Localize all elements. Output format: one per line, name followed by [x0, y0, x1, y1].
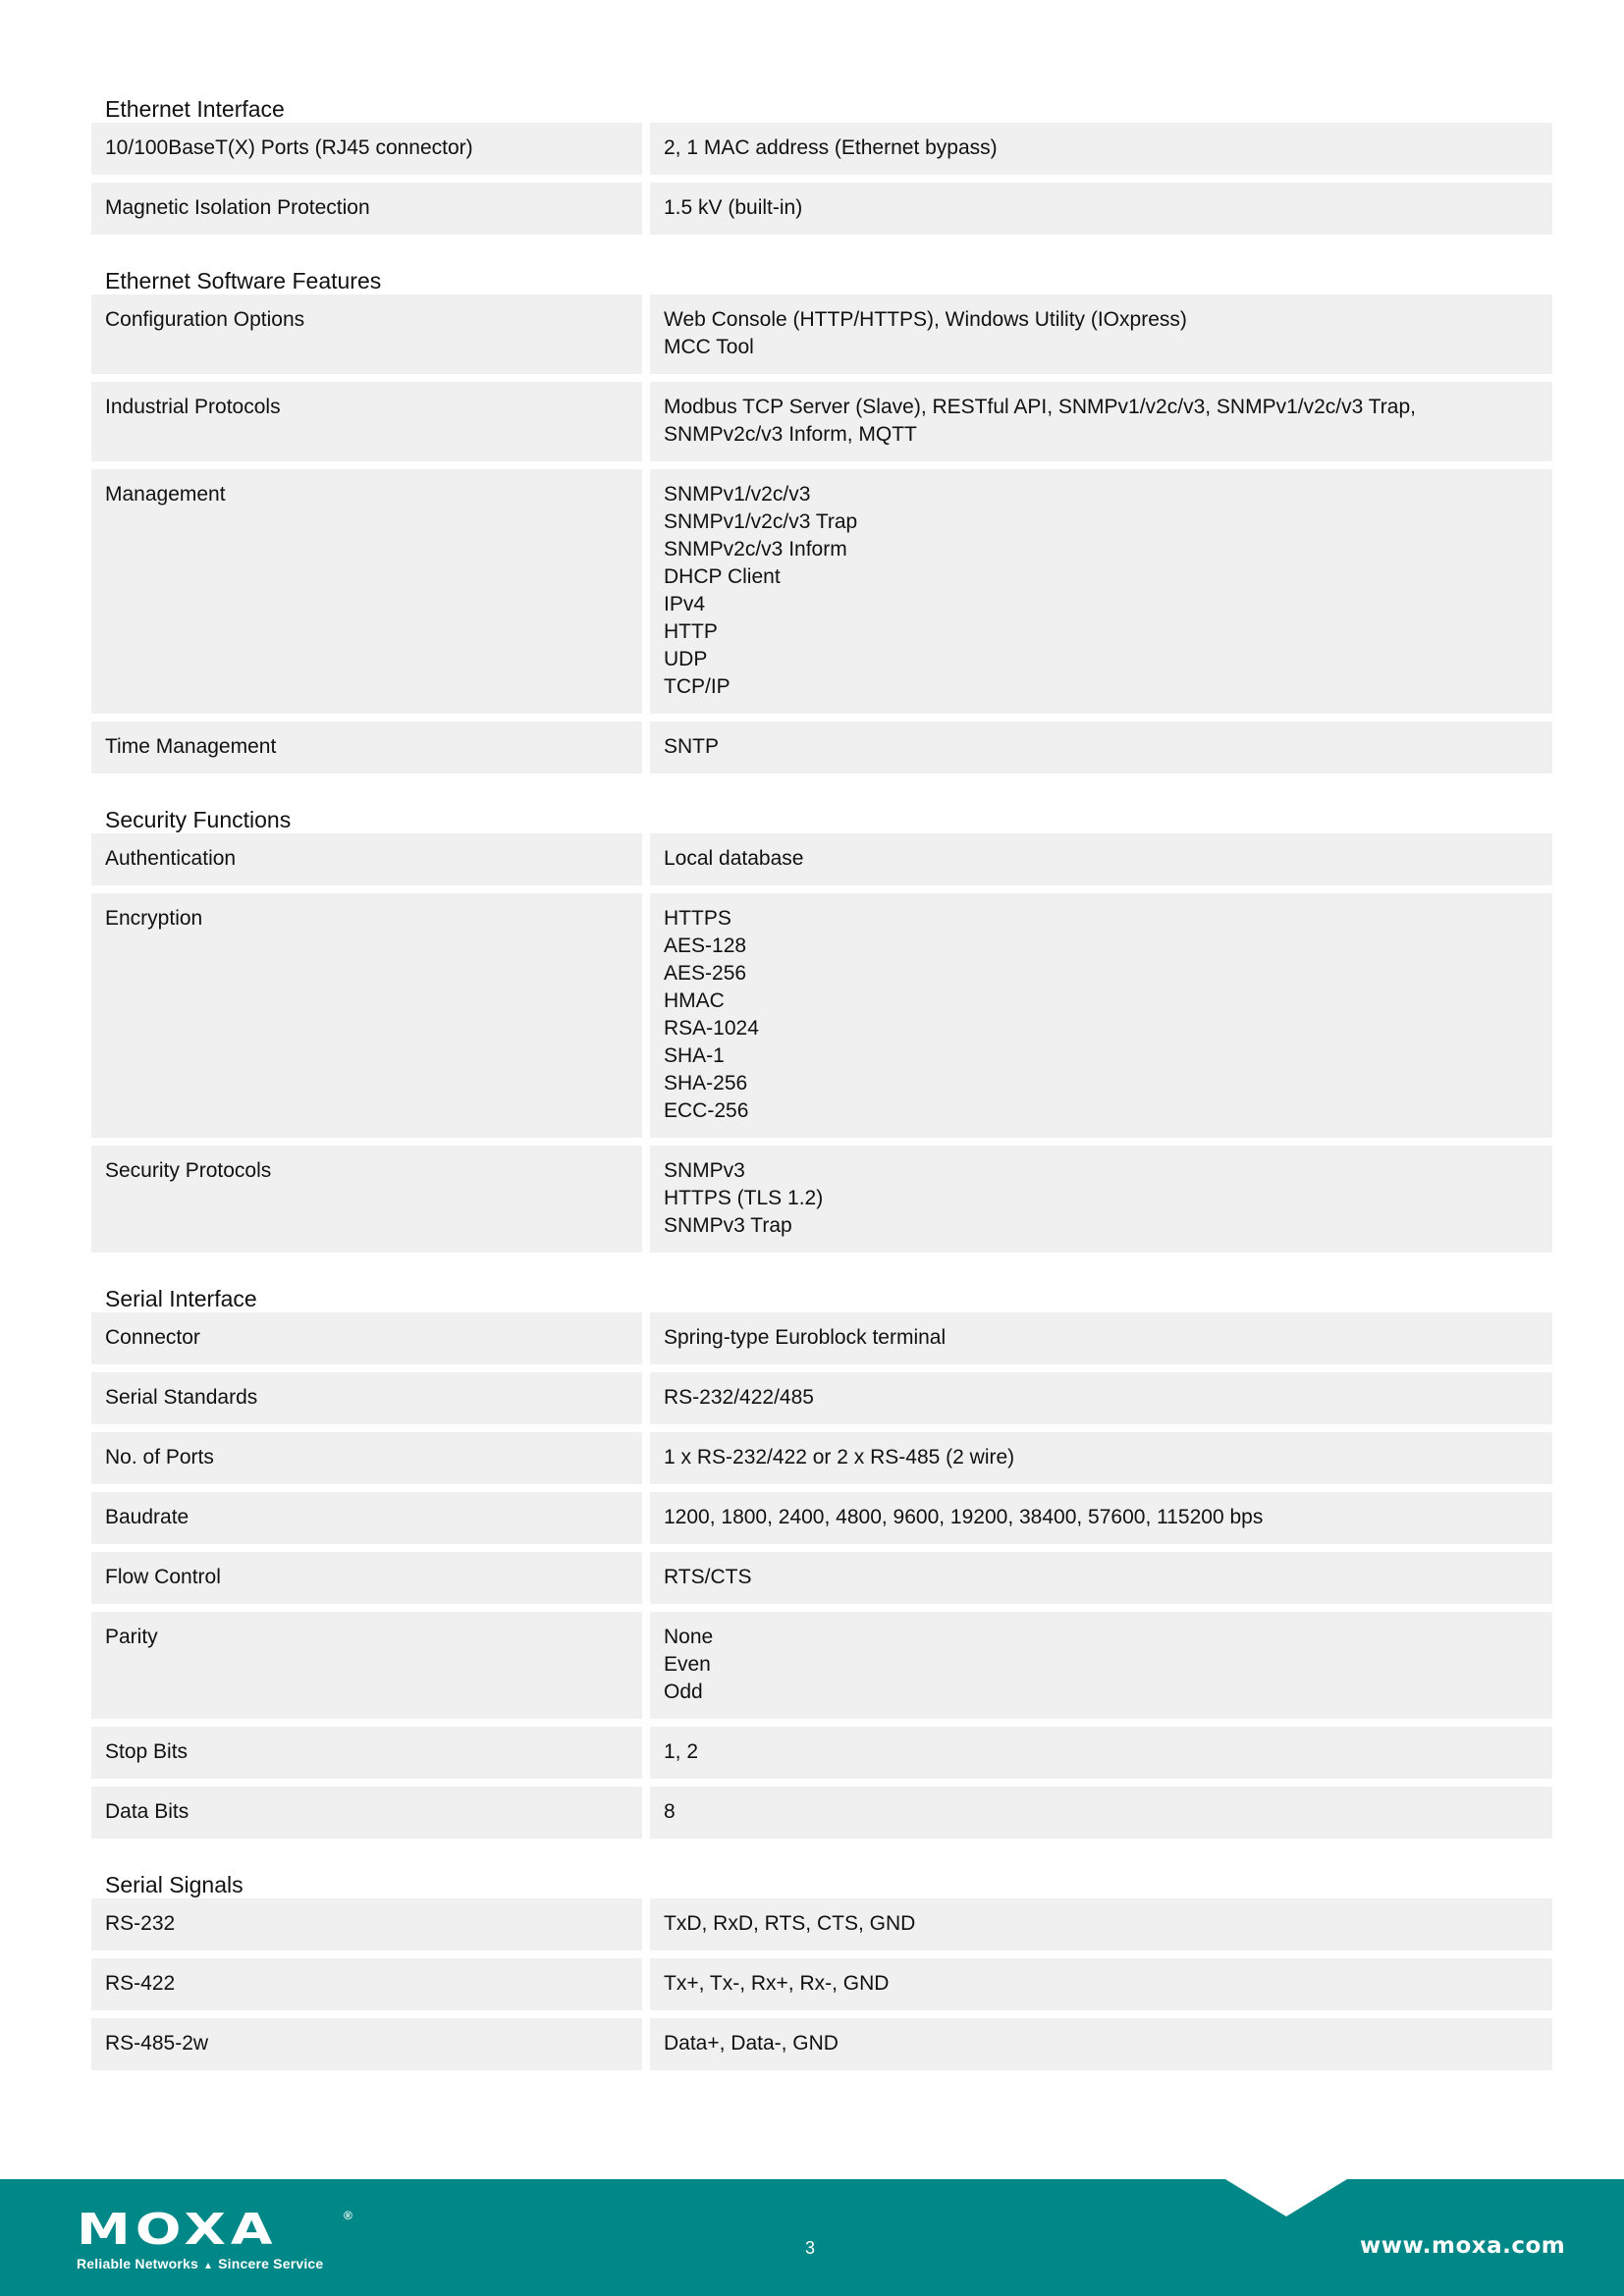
spec-value-line: Modbus TCP Server (Slave), RESTful API, …	[664, 394, 1539, 421]
spec-value: SNMPv3HTTPS (TLS 1.2)SNMPv3 Trap	[650, 1146, 1552, 1253]
spec-label: Security Protocols	[91, 1146, 642, 1253]
spec-value-line: AES-256	[664, 960, 1539, 988]
spec-row: Data Bits8	[91, 1787, 1552, 1839]
spec-value-line: SNMPv3	[664, 1157, 1539, 1185]
spec-value: 1200, 1800, 2400, 4800, 9600, 19200, 384…	[650, 1492, 1552, 1544]
spec-value-line: SNTP	[664, 733, 1539, 761]
spec-row: Stop Bits1, 2	[91, 1727, 1552, 1779]
spec-value: Data+, Data-, GND	[650, 2018, 1552, 2070]
spec-label: Time Management	[91, 721, 642, 774]
spec-value: Spring-type Euroblock terminal	[650, 1312, 1552, 1364]
footer-notch-decoration	[1225, 2179, 1347, 2216]
spec-content: Ethernet Interface10/100BaseT(X) Ports (…	[91, 88, 1552, 2078]
spec-value-line: MCC Tool	[664, 334, 1539, 361]
spec-value: SNTP	[650, 721, 1552, 774]
spec-value-line: None	[664, 1624, 1539, 1651]
spec-value: 1.5 kV (built-in)	[650, 183, 1552, 235]
section-title: Ethernet Interface	[91, 88, 1552, 123]
spec-section: Ethernet Software FeaturesConfiguration …	[91, 244, 1552, 774]
spec-value-line: RSA-1024	[664, 1015, 1539, 1042]
moxa-logo: MOXA ® Reliable Networks▲Sincere Service	[77, 2211, 323, 2271]
spec-value: Modbus TCP Server (Slave), RESTful API, …	[650, 382, 1552, 461]
spec-value: SNMPv1/v2c/v3SNMPv1/v2c/v3 TrapSNMPv2c/v…	[650, 469, 1552, 714]
spec-row: No. of Ports1 x RS-232/422 or 2 x RS-485…	[91, 1432, 1552, 1484]
spec-value-line: Web Console (HTTP/HTTPS), Windows Utilit…	[664, 306, 1539, 334]
spec-label: Industrial Protocols	[91, 382, 642, 461]
spec-value-line: SNMPv3 Trap	[664, 1212, 1539, 1240]
spec-value-line: 1200, 1800, 2400, 4800, 9600, 19200, 384…	[664, 1504, 1539, 1531]
spec-value-line: Data+, Data-, GND	[664, 2030, 1539, 2057]
spec-value-line: DHCP Client	[664, 563, 1539, 591]
spec-value-line: HTTPS	[664, 905, 1539, 933]
spec-value-line: Odd	[664, 1679, 1539, 1706]
tagline-right: Sincere Service	[218, 2256, 323, 2271]
spec-value-line: Local database	[664, 845, 1539, 873]
spec-label: Flow Control	[91, 1552, 642, 1604]
spec-label: RS-232	[91, 1898, 642, 1950]
spec-row: AuthenticationLocal database	[91, 833, 1552, 885]
section-title: Serial Signals	[91, 1848, 1552, 1898]
spec-section: Ethernet Interface10/100BaseT(X) Ports (…	[91, 88, 1552, 235]
spec-value-line: HTTPS (TLS 1.2)	[664, 1185, 1539, 1212]
section-title: Security Functions	[91, 783, 1552, 833]
spec-value: Local database	[650, 833, 1552, 885]
spec-label: Serial Standards	[91, 1372, 642, 1424]
spec-value: 2, 1 MAC address (Ethernet bypass)	[650, 123, 1552, 175]
spec-row: Security ProtocolsSNMPv3HTTPS (TLS 1.2)S…	[91, 1146, 1552, 1253]
spec-row: ConnectorSpring-type Euroblock terminal	[91, 1312, 1552, 1364]
spec-value: HTTPSAES-128AES-256HMACRSA-1024SHA-1SHA-…	[650, 893, 1552, 1138]
spec-label: No. of Ports	[91, 1432, 642, 1484]
spec-label: RS-422	[91, 1958, 642, 2010]
spec-label: Configuration Options	[91, 294, 642, 374]
tagline-left: Reliable Networks	[77, 2256, 198, 2271]
spec-value: RS-232/422/485	[650, 1372, 1552, 1424]
spec-value-line: 1.5 kV (built-in)	[664, 194, 1539, 222]
spec-row: Serial StandardsRS-232/422/485	[91, 1372, 1552, 1424]
spec-row: Industrial ProtocolsModbus TCP Server (S…	[91, 382, 1552, 461]
spec-value-line: 1 x RS-232/422 or 2 x RS-485 (2 wire)	[664, 1444, 1539, 1471]
spec-value-line: RTS/CTS	[664, 1564, 1539, 1591]
section-title: Serial Interface	[91, 1262, 1552, 1312]
logo-wordmark: MOXA	[77, 2211, 278, 2250]
spec-value: TxD, RxD, RTS, CTS, GND	[650, 1898, 1552, 1950]
spec-label: Parity	[91, 1612, 642, 1719]
spec-row: RS-232TxD, RxD, RTS, CTS, GND	[91, 1898, 1552, 1950]
spec-section: Serial SignalsRS-232TxD, RxD, RTS, CTS, …	[91, 1848, 1552, 2070]
spec-row: RS-485-2wData+, Data-, GND	[91, 2018, 1552, 2070]
spec-value-line: SNMPv2c/v3 Inform	[664, 536, 1539, 563]
spec-value-line: ECC-256	[664, 1097, 1539, 1125]
spec-row: ParityNoneEvenOdd	[91, 1612, 1552, 1719]
spec-label: Magnetic Isolation Protection	[91, 183, 642, 235]
spec-value-line: UDP	[664, 646, 1539, 673]
logo-tagline: Reliable Networks▲Sincere Service	[77, 2256, 323, 2271]
spec-value-line: HTTP	[664, 618, 1539, 646]
spec-row: RS-422Tx+, Tx-, Rx+, Rx-, GND	[91, 1958, 1552, 2010]
spec-value-line: 8	[664, 1798, 1539, 1826]
triangle-icon: ▲	[198, 2261, 218, 2271]
spec-label: Baudrate	[91, 1492, 642, 1544]
website-link[interactable]: www.moxa.com	[1360, 2233, 1565, 2259]
spec-value-line: 1, 2	[664, 1738, 1539, 1766]
spec-row: Time ManagementSNTP	[91, 721, 1552, 774]
spec-value: 8	[650, 1787, 1552, 1839]
page-number: 3	[805, 2238, 815, 2259]
registered-mark-icon: ®	[344, 2209, 352, 2222]
spec-value: NoneEvenOdd	[650, 1612, 1552, 1719]
spec-value-line: AES-128	[664, 933, 1539, 960]
spec-value: Web Console (HTTP/HTTPS), Windows Utilit…	[650, 294, 1552, 374]
spec-value-line: SNMPv2c/v3 Inform, MQTT	[664, 421, 1539, 449]
spec-section: Security FunctionsAuthenticationLocal da…	[91, 783, 1552, 1253]
spec-value: RTS/CTS	[650, 1552, 1552, 1604]
spec-row: Magnetic Isolation Protection1.5 kV (bui…	[91, 183, 1552, 235]
spec-value-line: TxD, RxD, RTS, CTS, GND	[664, 1910, 1539, 1938]
spec-value-line: Spring-type Euroblock terminal	[664, 1324, 1539, 1352]
spec-label: RS-485-2w	[91, 2018, 642, 2070]
spec-label: Encryption	[91, 893, 642, 1138]
section-title: Ethernet Software Features	[91, 244, 1552, 294]
spec-label: 10/100BaseT(X) Ports (RJ45 connector)	[91, 123, 642, 175]
spec-value-line: TCP/IP	[664, 673, 1539, 701]
spec-value-line: Tx+, Tx-, Rx+, Rx-, GND	[664, 1970, 1539, 1998]
spec-label: Connector	[91, 1312, 642, 1364]
spec-value: 1, 2	[650, 1727, 1552, 1779]
spec-value-line: Even	[664, 1651, 1539, 1679]
spec-row: Baudrate1200, 1800, 2400, 4800, 9600, 19…	[91, 1492, 1552, 1544]
spec-row: EncryptionHTTPSAES-128AES-256HMACRSA-102…	[91, 893, 1552, 1138]
spec-value-line: SNMPv1/v2c/v3	[664, 481, 1539, 508]
spec-section: Serial InterfaceConnectorSpring-type Eur…	[91, 1262, 1552, 1839]
spec-label: Authentication	[91, 833, 642, 885]
spec-value: 1 x RS-232/422 or 2 x RS-485 (2 wire)	[650, 1432, 1552, 1484]
spec-value-line: HMAC	[664, 988, 1539, 1015]
spec-value-line: RS-232/422/485	[664, 1384, 1539, 1412]
spec-label: Data Bits	[91, 1787, 642, 1839]
spec-value-line: SHA-256	[664, 1070, 1539, 1097]
page-footer: MOXA ® Reliable Networks▲Sincere Service…	[0, 2179, 1624, 2296]
spec-row: 10/100BaseT(X) Ports (RJ45 connector)2, …	[91, 123, 1552, 175]
spec-value: Tx+, Tx-, Rx+, Rx-, GND	[650, 1958, 1552, 2010]
spec-label: Management	[91, 469, 642, 714]
spec-value-line: 2, 1 MAC address (Ethernet bypass)	[664, 134, 1539, 162]
spec-row: Configuration OptionsWeb Console (HTTP/H…	[91, 294, 1552, 374]
spec-row: Flow ControlRTS/CTS	[91, 1552, 1552, 1604]
spec-value-line: SNMPv1/v2c/v3 Trap	[664, 508, 1539, 536]
spec-row: ManagementSNMPv1/v2c/v3SNMPv1/v2c/v3 Tra…	[91, 469, 1552, 714]
spec-value-line: SHA-1	[664, 1042, 1539, 1070]
spec-label: Stop Bits	[91, 1727, 642, 1779]
spec-value-line: IPv4	[664, 591, 1539, 618]
